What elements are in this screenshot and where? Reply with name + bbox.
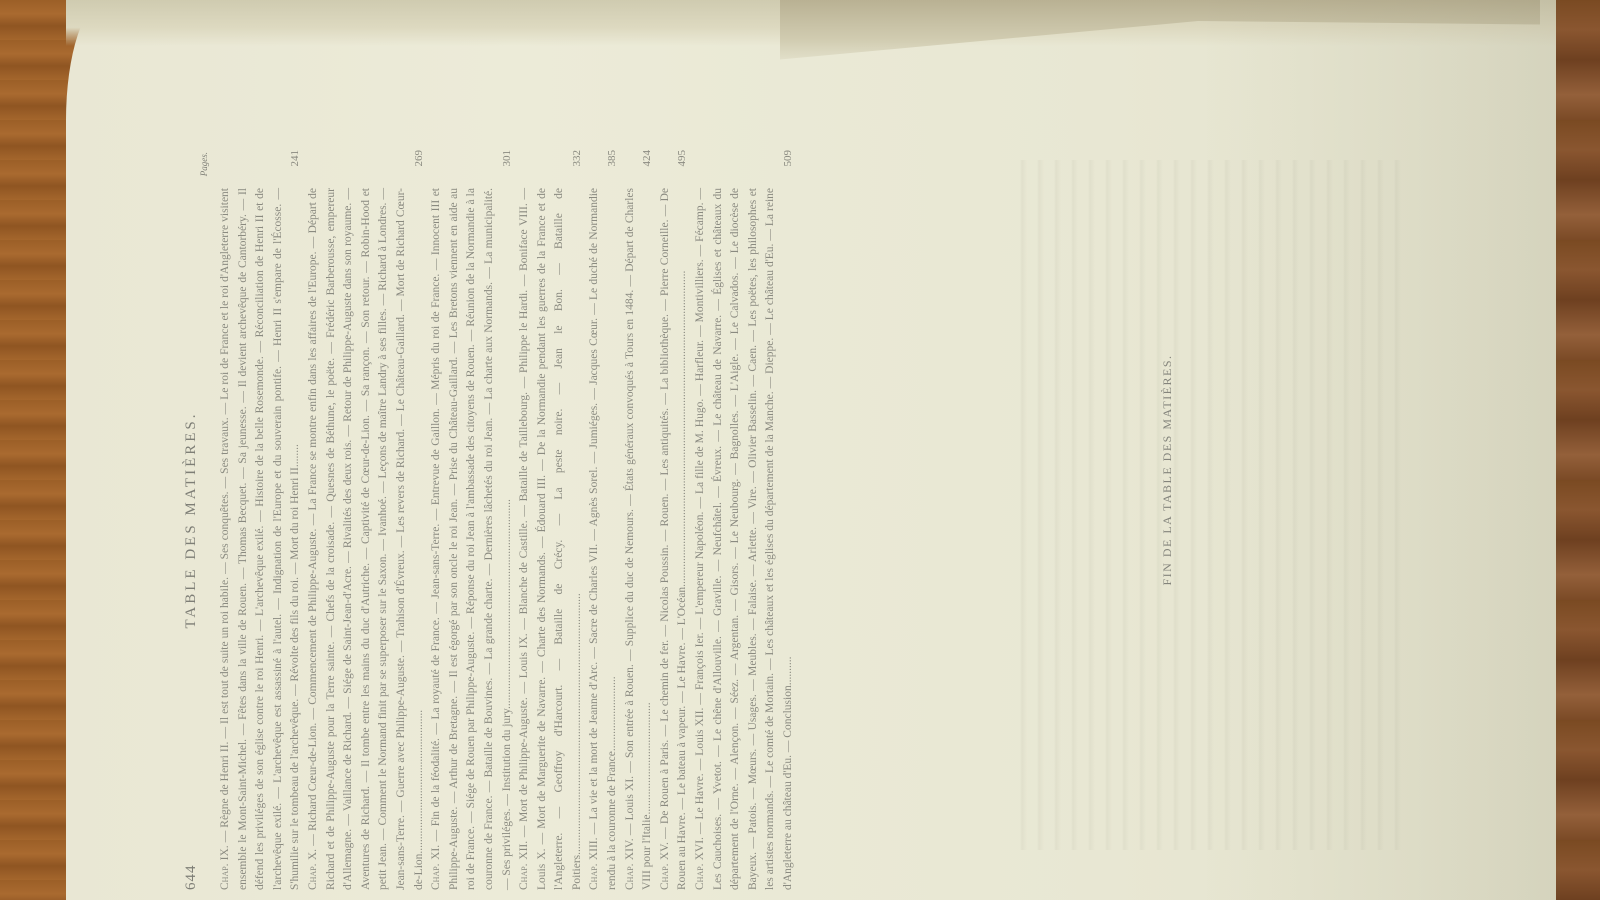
leader-dots: ........................................… [571, 593, 583, 855]
leader-dots: ........................................… [501, 499, 513, 709]
toc-entry: Chap. XVI. — Le Havre. — Louis XII. — Fr… [692, 150, 798, 890]
chapter-label: Chap. XVI. [694, 837, 706, 890]
chapter-page-number: 301 [499, 150, 517, 167]
chapter-label: Chap. XIV. [624, 838, 636, 890]
toc-entry: Chap. XIII. — La vie et la mort de Jeann… [586, 150, 621, 890]
closing-line: FIN DE LA TABLE DES MATIÈRES. [1160, 350, 1175, 590]
leader-dots: .......................... [606, 676, 618, 751]
toc-entry: Chap. XIV. — Louis XI. — Son entrée à Ro… [622, 150, 657, 890]
chapter-summary: — La vie et la mort de Jeanne d'Arc. — S… [588, 188, 618, 890]
chapter-page-number: 509 [780, 150, 798, 167]
toc-entry: Chap. XV. — De Rouen à Paris. — Le chemi… [657, 150, 692, 890]
rotated-page-content: 644 TABLE DES MATIÈRES. Pages. Chap. IX.… [183, 150, 1003, 890]
chapter-page-number: 495 [674, 150, 692, 167]
leader-dots: .......... [782, 657, 794, 686]
chapter-page-number: 385 [604, 150, 622, 167]
running-head: 644 TABLE DES MATIÈRES. Pages. [183, 150, 207, 890]
leader-dots: ........ [289, 444, 301, 467]
chapter-summary: — Règne de Henri II. — Il est tout de su… [219, 188, 301, 890]
chapter-label: Chap. X. [307, 849, 319, 890]
page-shadow [1200, 0, 1560, 900]
toc-entry: Chap. IX. — Règne de Henri II. — Il est … [217, 150, 305, 890]
chapter-page-number: 241 [287, 150, 305, 167]
chapter-label: Chap. XIII. [588, 838, 600, 891]
toc-entry: Chap. X. — Richard Cœur-de-Lion. — Comme… [305, 150, 428, 890]
chapter-summary: — Richard Cœur-de-Lion. — Commencement d… [307, 188, 425, 890]
leader-dots: ........................................… [676, 271, 688, 587]
toc-entry: Chap. XI. — Fin de la féodalité. — La ro… [428, 150, 516, 890]
closing-line-container: FIN DE LA TABLE DES MATIÈRES. [1160, 350, 1190, 590]
chapter-label: Chap. XV. [659, 842, 671, 890]
chapter-page-number: 424 [639, 150, 657, 167]
toc-entry: Chap. XII. — Mort de Philippe-Auguste. —… [516, 150, 586, 890]
chapter-label: Chap. IX. [219, 845, 231, 890]
leader-dots: ........................................… [413, 710, 425, 854]
chapter-label: Chap. XII. [518, 841, 530, 890]
pages-column-label: Pages. [199, 152, 209, 176]
table-of-contents: Chap. IX. — Règne de Henri II. — Il est … [217, 150, 798, 890]
page-title: TABLE DES MATIÈRES. [183, 150, 200, 890]
chapter-label: Chap. XI. [430, 845, 442, 890]
chapter-summary: — Le Havre. — Louis XII. — François Ier.… [694, 188, 794, 890]
chapter-page-number: 269 [411, 150, 429, 167]
leader-dots: ....................................... [641, 702, 653, 814]
chapter-page-number: 332 [569, 150, 587, 167]
